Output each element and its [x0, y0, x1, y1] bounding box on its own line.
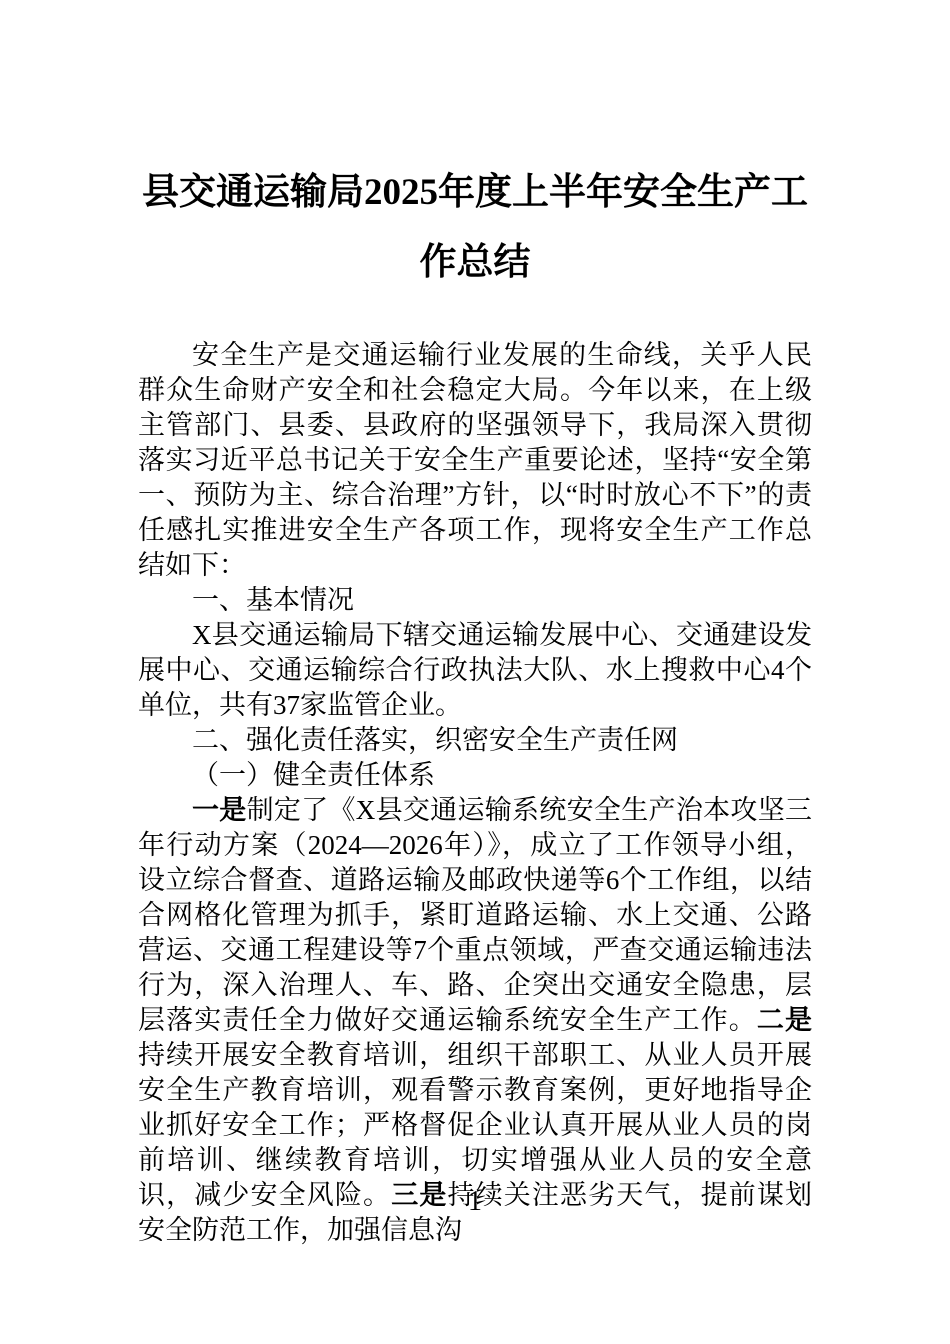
section-1-heading: 一、基本情况 [138, 583, 812, 618]
document-content: 县交通运输局2025年度上半年安全生产工作总结 安全生产是交通运输行业发展的生命… [138, 0, 812, 1248]
section-2-sub-1-heading: （一）健全责任体系 [138, 758, 812, 793]
page-number: 1 [0, 1186, 950, 1218]
text-run-emphasis: 二是 [757, 1005, 812, 1035]
document-title: 县交通运输局2025年度上半年安全生产工作总结 [138, 158, 812, 298]
document-page: 县交通运输局2025年度上半年安全生产工作总结 安全生产是交通运输行业发展的生命… [0, 0, 950, 1344]
section-1-paragraph: X县交通运输局下辖交通运输发展中心、交通建设发展中心、交通运输综合行政执法大队、… [138, 618, 812, 723]
intro-paragraph: 安全生产是交通运输行业发展的生命线，关乎人民群众生命财产安全和社会稳定大局。今年… [138, 338, 812, 583]
section-2-sub-1-paragraph: 一是制定了《X县交通运输系统安全生产治本攻坚三年行动方案（2024—2026年）… [138, 793, 812, 1248]
text-run-emphasis: 一是 [192, 795, 247, 825]
text-run: 制定了《X县交通运输系统安全生产治本攻坚三年行动方案（2024—2026年）》，… [138, 795, 812, 1035]
section-2-heading: 二、强化责任落实，织密安全生产责任网 [138, 723, 812, 758]
